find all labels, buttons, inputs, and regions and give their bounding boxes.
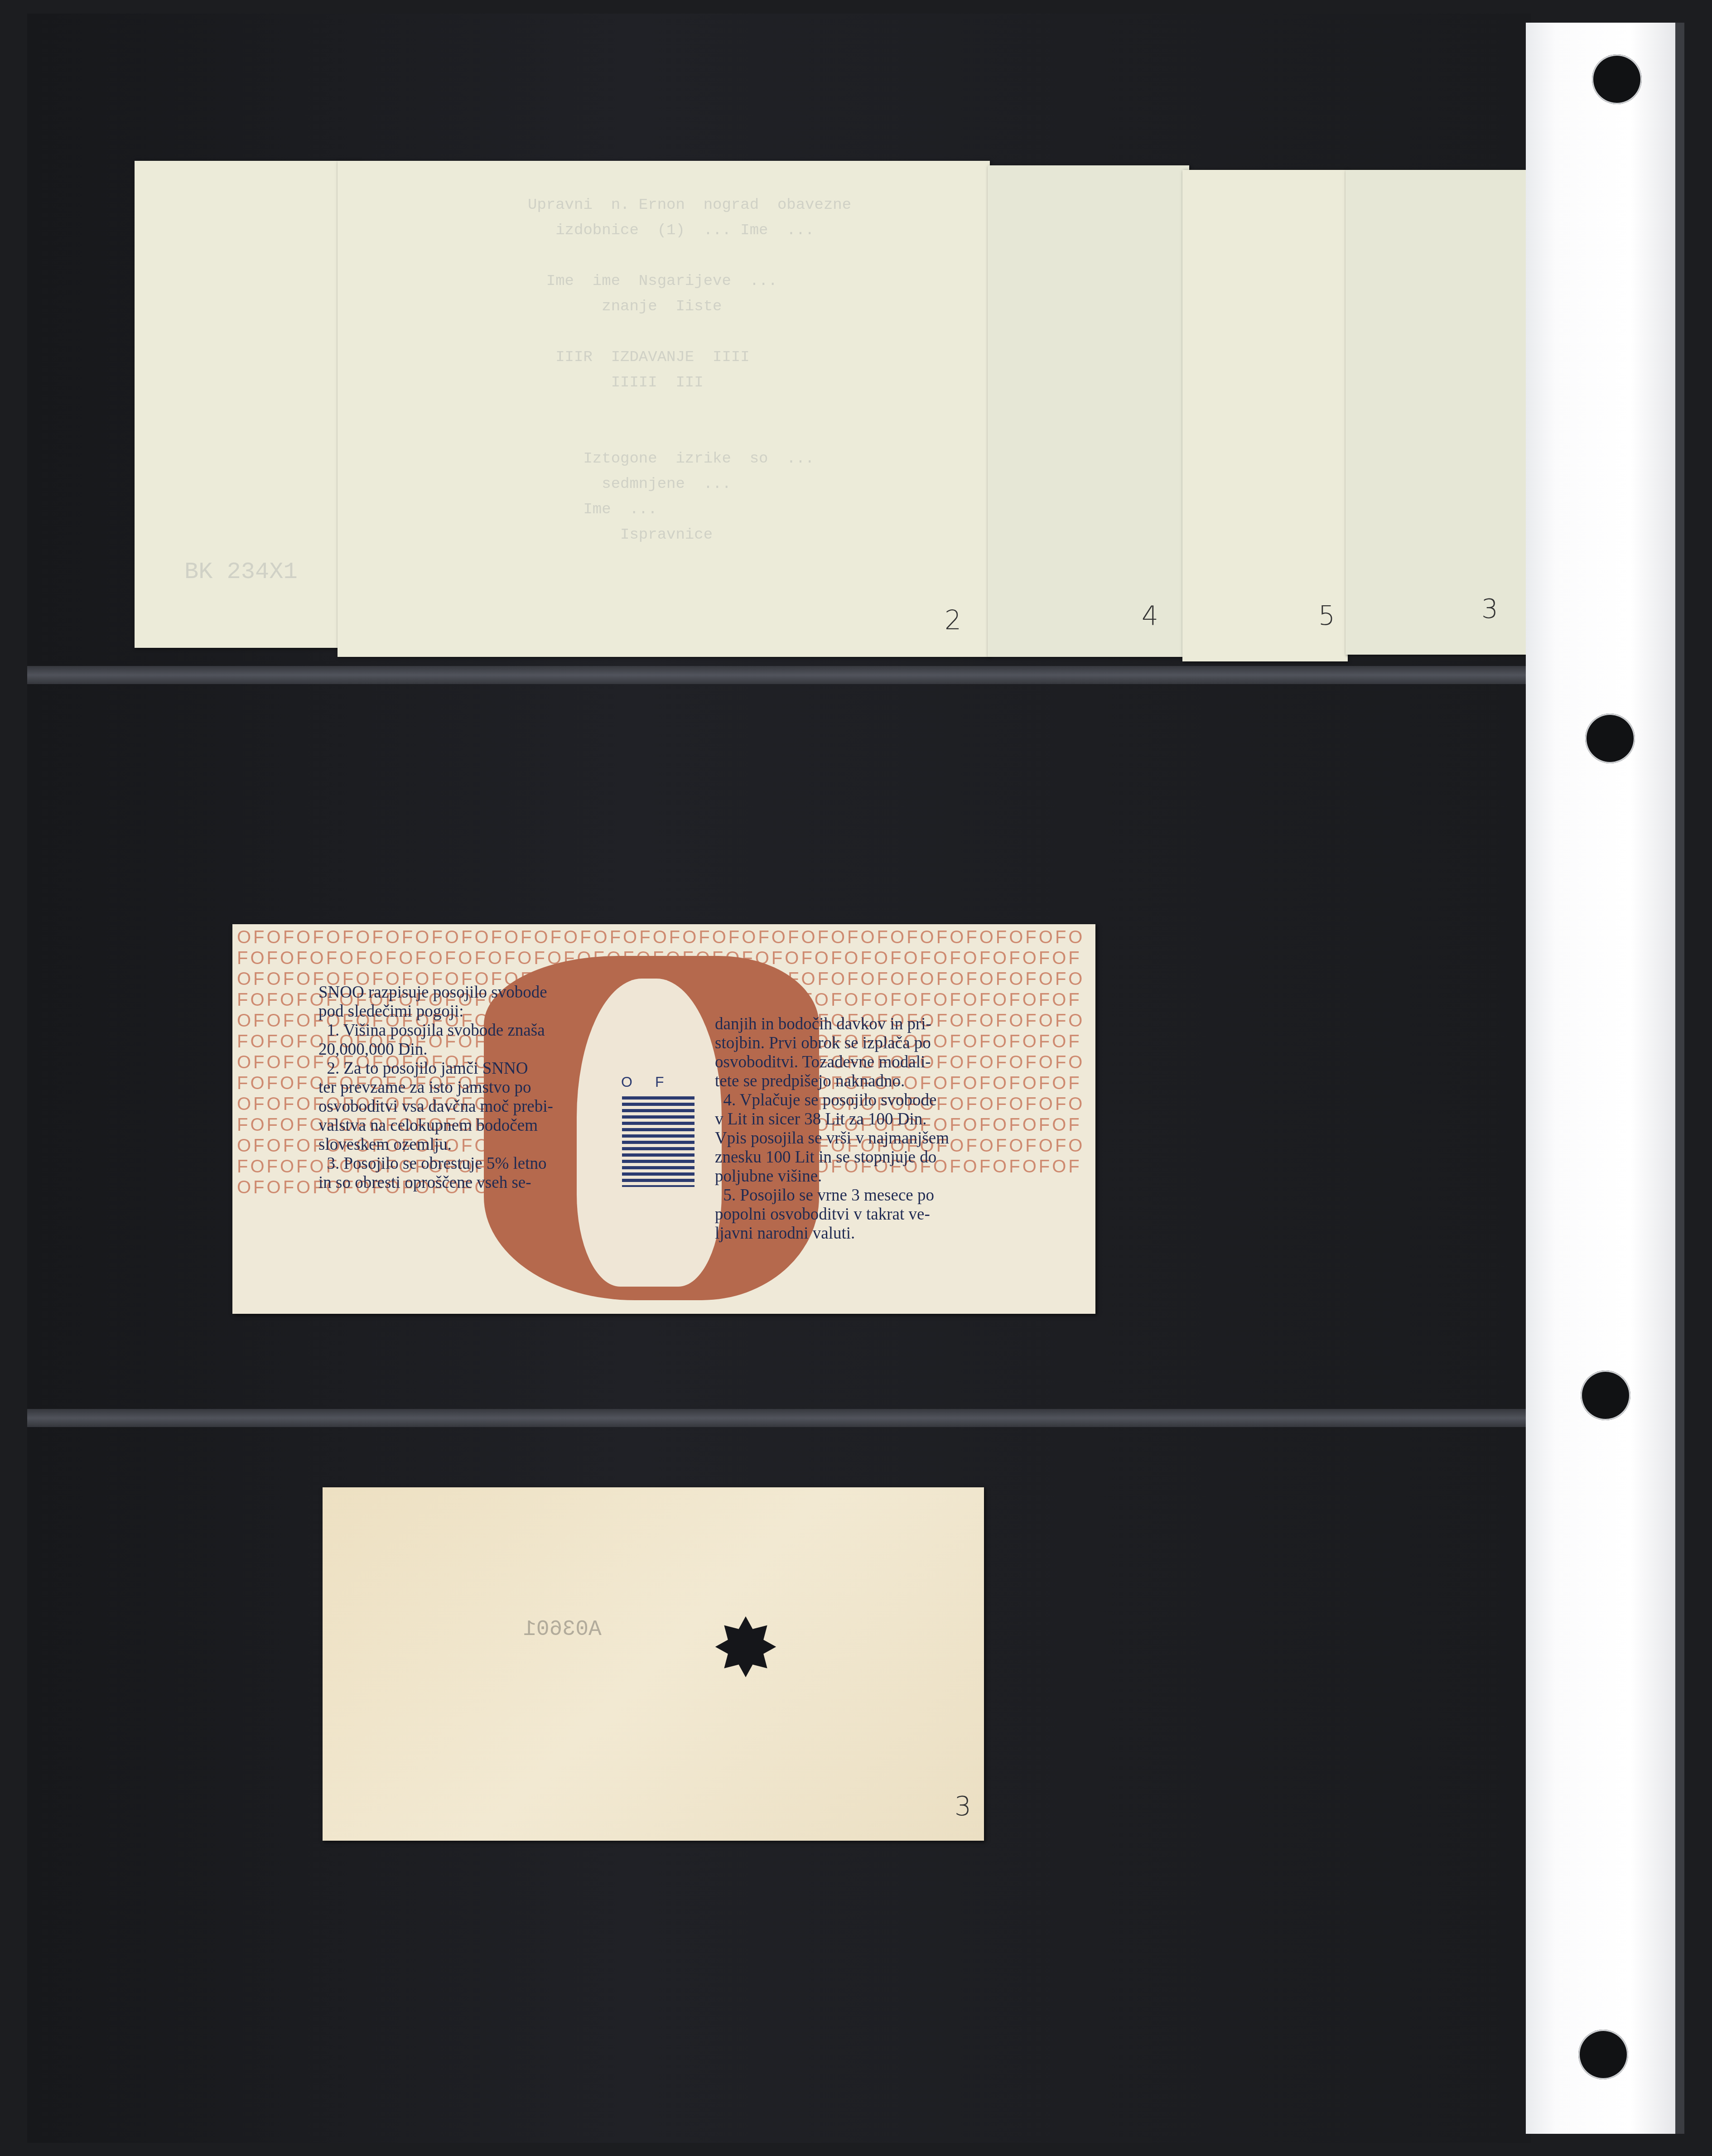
- bottom-note: 3: [323, 1487, 984, 1841]
- note-strip-1: 4: [988, 165, 1189, 657]
- of-bond-note: OFOFOFOFOFOFOFOFOFOFOFOFOFOFOFOFOFOFOFOF…: [232, 924, 1095, 1314]
- punch-hole: [1592, 54, 1642, 104]
- note-main: Upravni n. Ernon nograd obavezne izdobni…: [338, 161, 990, 657]
- pocket-divider-2: [27, 1409, 1531, 1427]
- pencil-number: 3: [955, 1791, 971, 1822]
- pencil-number: 4: [1142, 600, 1158, 631]
- pencil-number: 2: [945, 605, 961, 636]
- of-emblem: [622, 1096, 694, 1187]
- note-strip-2: 5: [1182, 170, 1348, 661]
- note-back-left: BK 234X1: [135, 161, 361, 648]
- pencil-number: 3: [1481, 593, 1498, 624]
- pencil-number: 5: [1318, 600, 1335, 631]
- punch-hole: [1581, 1370, 1630, 1420]
- faint-serial: BK 234X1: [184, 559, 298, 585]
- bond-terms-left: SNOO razpisuje posojilo svobode pod sled…: [318, 983, 613, 1192]
- punch-hole: [1585, 714, 1635, 763]
- faint-serial: A03601: [523, 1617, 602, 1642]
- of-emblem-letters: OF: [621, 1074, 686, 1090]
- faint-text: Upravni n. Ernon nograd obavezne izdobni…: [528, 193, 851, 548]
- note-strip-3: 3: [1345, 170, 1527, 655]
- binder-strip: [1526, 23, 1684, 2134]
- pocket-divider-1: [27, 666, 1531, 684]
- bond-terms-right: danjih in bodočih davkov in pri- stojbin…: [715, 1015, 1014, 1243]
- punch-hole: [1578, 2030, 1628, 2079]
- star-punch-icon: [714, 1615, 777, 1678]
